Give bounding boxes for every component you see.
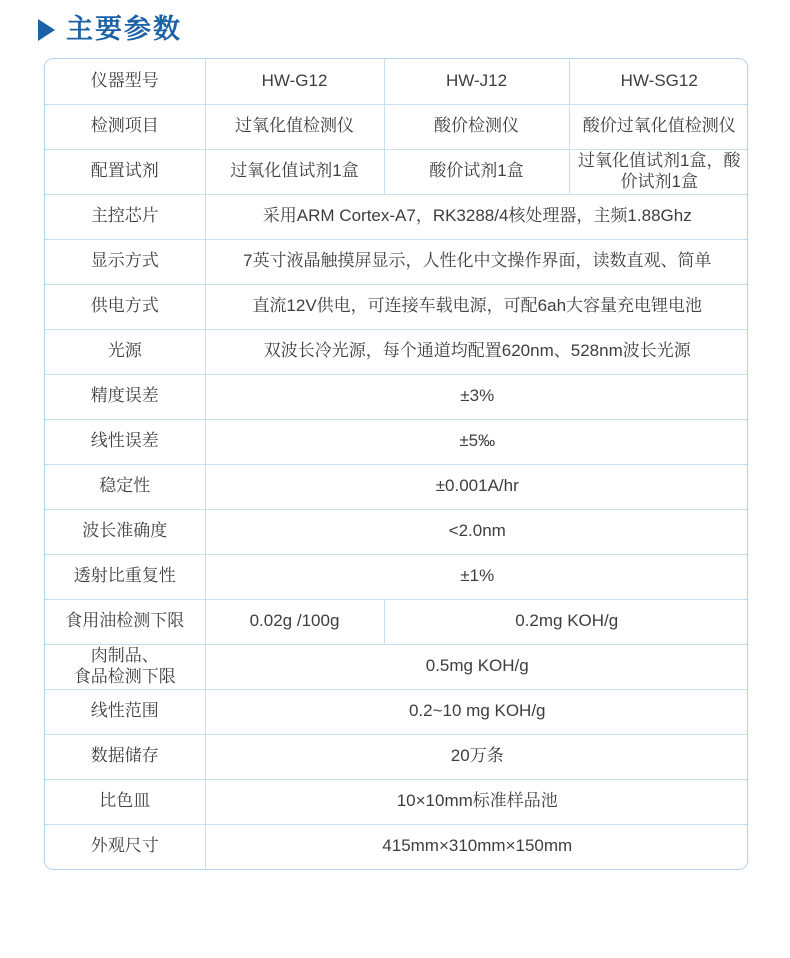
spec-value: ±3% [205, 374, 748, 419]
table-row: 显示方式 7英寸液晶触摸屏显示，人性化中文操作界面，读数直观、简单 [45, 239, 748, 284]
spec-value: 0.5mg KOH/g [205, 644, 748, 689]
spec-value: 7英寸液晶触摸屏显示，人性化中文操作界面，读数直观、简单 [205, 239, 748, 284]
spec-label: 检测项目 [45, 104, 205, 149]
table-row: 稳定性 ±0.001A/hr [45, 464, 748, 509]
spec-value: 直流12V供电，可连接车载电源，可配6ah大容量充电锂电池 [205, 284, 748, 329]
spec-value: 过氧化值检测仪 [205, 104, 384, 149]
spec-label: 稳定性 [45, 464, 205, 509]
table-row: 检测项目 过氧化值检测仪 酸价检测仪 酸价过氧化值检测仪 [45, 104, 748, 149]
spec-label: 精度误差 [45, 374, 205, 419]
spec-value: ±1% [205, 554, 748, 599]
spec-value: HW-SG12 [569, 59, 748, 104]
title-marker-icon [38, 19, 55, 41]
table-row: 线性范围 0.2~10 mg KOH/g [45, 689, 748, 734]
table-row: 光源 双波长冷光源，每个通道均配置620nm、528nm波长光源 [45, 329, 748, 374]
spec-label: 外观尺寸 [45, 824, 205, 869]
table-row: 线性误差 ±5‰ [45, 419, 748, 464]
spec-value: 酸价试剂1盒 [384, 149, 569, 194]
spec-value: 过氧化值试剂1盒，酸价试剂1盒 [569, 149, 748, 194]
spec-label: 数据储存 [45, 734, 205, 779]
spec-label: 供电方式 [45, 284, 205, 329]
table-row: 仪器型号 HW-G12 HW-J12 HW-SG12 [45, 59, 748, 104]
spec-label-line1: 肉制品、 [53, 646, 197, 667]
spec-value: 酸价检测仪 [384, 104, 569, 149]
spec-label: 仪器型号 [45, 59, 205, 104]
spec-label: 线性范围 [45, 689, 205, 734]
spec-label-line2: 食品检测下限 [53, 667, 197, 688]
table-row: 食用油检测下限 0.02g /100g 0.2mg KOH/g [45, 599, 748, 644]
table-row: 主控芯片 采用ARM Cortex-A7，RK3288/4核处理器，主频1.88… [45, 194, 748, 239]
spec-label: 肉制品、 食品检测下限 [45, 644, 205, 689]
spec-value: ±5‰ [205, 419, 748, 464]
spec-label: 显示方式 [45, 239, 205, 284]
section-header: 主要参数 [38, 16, 182, 43]
spec-label: 配置试剂 [45, 149, 205, 194]
spec-table: 仪器型号 HW-G12 HW-J12 HW-SG12 检测项目 过氧化值检测仪 … [45, 59, 748, 869]
spec-value: 过氧化值试剂1盒 [205, 149, 384, 194]
spec-value: HW-J12 [384, 59, 569, 104]
spec-value: ±0.001A/hr [205, 464, 748, 509]
table-row: 透射比重复性 ±1% [45, 554, 748, 599]
specs-table: 仪器型号 HW-G12 HW-J12 HW-SG12 检测项目 过氧化值检测仪 … [44, 58, 748, 870]
table-row: 配置试剂 过氧化值试剂1盒 酸价试剂1盒 过氧化值试剂1盒，酸价试剂1盒 [45, 149, 748, 194]
spec-value: 0.02g /100g [205, 599, 384, 644]
spec-value: 20万条 [205, 734, 748, 779]
spec-label: 主控芯片 [45, 194, 205, 239]
spec-value: 10×10mm标准样品池 [205, 779, 748, 824]
spec-value: 双波长冷光源，每个通道均配置620nm、528nm波长光源 [205, 329, 748, 374]
table-row: 肉制品、 食品检测下限 0.5mg KOH/g [45, 644, 748, 689]
table-row: 外观尺寸 415mm×310mm×150mm [45, 824, 748, 869]
spec-label: 波长准确度 [45, 509, 205, 554]
page-title: 主要参数 [66, 16, 182, 43]
spec-value: HW-G12 [205, 59, 384, 104]
spec-label: 光源 [45, 329, 205, 374]
table-row: 供电方式 直流12V供电，可连接车载电源，可配6ah大容量充电锂电池 [45, 284, 748, 329]
spec-label: 透射比重复性 [45, 554, 205, 599]
spec-label: 线性误差 [45, 419, 205, 464]
spec-value: 0.2~10 mg KOH/g [205, 689, 748, 734]
spec-value: 0.2mg KOH/g [384, 599, 748, 644]
spec-label: 食用油检测下限 [45, 599, 205, 644]
spec-value: 采用ARM Cortex-A7，RK3288/4核处理器，主频1.88Ghz [205, 194, 748, 239]
table-row: 比色皿 10×10mm标准样品池 [45, 779, 748, 824]
table-row: 波长准确度 <2.0nm [45, 509, 748, 554]
spec-value: 415mm×310mm×150mm [205, 824, 748, 869]
spec-label: 比色皿 [45, 779, 205, 824]
spec-value: 酸价过氧化值检测仪 [569, 104, 748, 149]
spec-value: <2.0nm [205, 509, 748, 554]
table-row: 数据储存 20万条 [45, 734, 748, 779]
table-row: 精度误差 ±3% [45, 374, 748, 419]
